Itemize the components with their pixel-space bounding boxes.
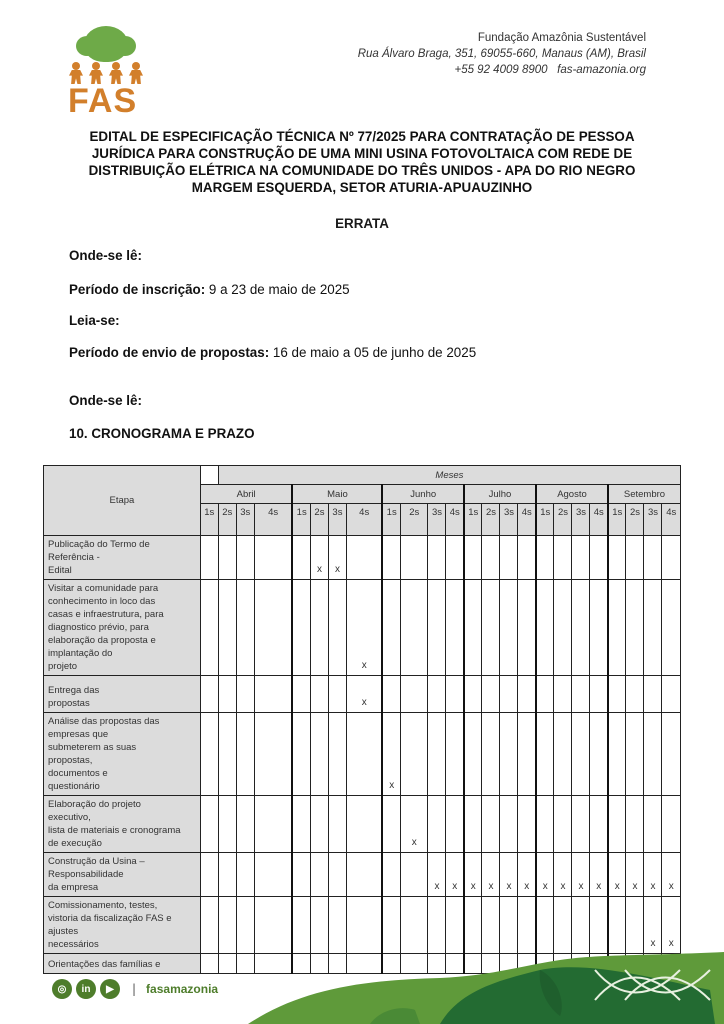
- schedule-cell: x: [500, 853, 518, 897]
- schedule-cell: [500, 536, 518, 580]
- etapa-cell: Entrega daspropostas: [44, 676, 201, 713]
- schedule-cell: [236, 897, 254, 954]
- schedule-cell: [310, 897, 328, 954]
- etapa-cell: Publicação do Termo deReferência -Edital: [44, 536, 201, 580]
- schedule-cell: [400, 536, 428, 580]
- schedule-cell: x: [572, 853, 590, 897]
- schedule-cell: [482, 580, 500, 676]
- schedule-cell: x: [536, 853, 554, 897]
- week-header: 2s: [218, 504, 236, 536]
- week-header: 2s: [400, 504, 428, 536]
- schedule-cell: [572, 580, 590, 676]
- schedule-cell: x: [428, 853, 446, 897]
- schedule-cell: [626, 796, 644, 853]
- schedule-cell: [328, 853, 346, 897]
- week-header: 4s: [254, 504, 292, 536]
- schedule-cell: [218, 796, 236, 853]
- schedule-cell: [218, 853, 236, 897]
- schedule-cell: x: [626, 853, 644, 897]
- schedule-cell: [482, 536, 500, 580]
- schedule-cell: [464, 897, 482, 954]
- schedule-cell: [626, 713, 644, 796]
- schedule-cell: [608, 796, 626, 853]
- week-header: 2s: [310, 504, 328, 536]
- week-header: 2s: [626, 504, 644, 536]
- week-header: 4s: [590, 504, 608, 536]
- table-row: Análise das propostas dasempresas quesub…: [44, 713, 681, 796]
- schedule-cell: [554, 536, 572, 580]
- schedule-cell: [554, 897, 572, 954]
- periodo-envio-propostas: Período de envio de propostas: 16 de mai…: [69, 345, 476, 360]
- schedule-cell: [200, 853, 218, 897]
- schedule-cell: [292, 713, 310, 796]
- schedule-cell: [608, 897, 626, 954]
- schedule-cell: [310, 676, 328, 713]
- schedule-cell: [554, 796, 572, 853]
- schedule-cell: [400, 713, 428, 796]
- schedule-cell: [590, 796, 608, 853]
- schedule-cell: [500, 676, 518, 713]
- schedule-cell: [644, 713, 662, 796]
- schedule-cell: [254, 853, 292, 897]
- week-header: 1s: [608, 504, 626, 536]
- week-header: 4s: [662, 504, 681, 536]
- week-header: 3s: [572, 504, 590, 536]
- section-heading-cronograma: 10. CRONOGRAMA E PRAZO: [69, 426, 255, 441]
- schedule-cell: [428, 580, 446, 676]
- schedule-cell: x: [590, 853, 608, 897]
- schedule-cell: [346, 796, 382, 853]
- org-address: Rua Álvaro Braga, 351, 69055-660, Manaus…: [358, 46, 646, 62]
- schedule-cell: [626, 897, 644, 954]
- schedule-cell: [254, 676, 292, 713]
- schedule-cell: [446, 796, 464, 853]
- instagram-icon[interactable]: ◎: [52, 979, 72, 999]
- table-row: Publicação do Termo deReferência -Edital…: [44, 536, 681, 580]
- schedule-cell: [644, 796, 662, 853]
- etapa-cell: Orientações das famílias e: [44, 954, 201, 974]
- schedule-cell: [536, 897, 554, 954]
- schedule-cell: [428, 713, 446, 796]
- schedule-cell: [218, 713, 236, 796]
- schedule-cell: [590, 580, 608, 676]
- table-row: Construção da Usina –Responsabilidadeda …: [44, 853, 681, 897]
- schedule-cell: [400, 853, 428, 897]
- schedule-cell: [200, 580, 218, 676]
- schedule-cell: [254, 713, 292, 796]
- schedule-cell: [626, 536, 644, 580]
- schedule-cell: [482, 713, 500, 796]
- schedule-cell: [328, 796, 346, 853]
- schedule-cell: [662, 796, 681, 853]
- week-header: 1s: [464, 504, 482, 536]
- schedule-cell: [200, 713, 218, 796]
- schedule-cell: [554, 713, 572, 796]
- document-title: EDITAL DE ESPECIFICAÇÃO TÉCNICA Nº 77/20…: [60, 128, 664, 196]
- schedule-cell: [346, 853, 382, 897]
- schedule-cell: x: [662, 853, 681, 897]
- table-row: Comissionamento, testes,vistoria da fisc…: [44, 897, 681, 954]
- schedule-cell: [572, 796, 590, 853]
- leia-se: Leia-se:: [69, 313, 120, 328]
- schedule-cell: x: [644, 897, 662, 954]
- schedule-cell: [446, 897, 464, 954]
- schedule-cell: [236, 796, 254, 853]
- month-header-setembro: Setembro: [608, 485, 681, 504]
- schedule-cell: [428, 897, 446, 954]
- org-name: Fundação Amazônia Sustentável: [358, 30, 646, 46]
- org-contact: +55 92 4009 8900 fas-amazonia.org: [358, 62, 646, 78]
- schedule-cell: [292, 676, 310, 713]
- schedule-cell: [400, 676, 428, 713]
- schedule-cell: [518, 536, 536, 580]
- schedule-cell: [662, 536, 681, 580]
- schedule-cell: [200, 536, 218, 580]
- schedule-cell: [292, 580, 310, 676]
- etapa-cell: Visitar a comunidade paraconhecimento in…: [44, 580, 201, 676]
- schedule-cell: [328, 580, 346, 676]
- schedule-cell: [236, 580, 254, 676]
- schedule-cell: [254, 796, 292, 853]
- schedule-cell: [218, 954, 236, 974]
- schedule-cell: [518, 580, 536, 676]
- schedule-cell: [518, 796, 536, 853]
- schedule-cell: [536, 796, 554, 853]
- week-header: 4s: [346, 504, 382, 536]
- schedule-cell: [482, 897, 500, 954]
- schedule-cell: [644, 676, 662, 713]
- schedule-cell: [464, 580, 482, 676]
- schedule-cell: [608, 676, 626, 713]
- schedule-cell: [644, 536, 662, 580]
- fas-logo: FAS: [64, 24, 148, 120]
- schedule-cell: [200, 676, 218, 713]
- schedule-cell: [382, 796, 400, 853]
- header-spacer: [200, 466, 218, 485]
- schedule-cell: [536, 536, 554, 580]
- schedule-cell: [328, 713, 346, 796]
- schedule-cell: [500, 897, 518, 954]
- schedule-cell: [236, 713, 254, 796]
- periodo-inscricao: Período de inscrição: 9 a 23 de maio de …: [69, 282, 350, 297]
- schedule-cell: [346, 713, 382, 796]
- table-row: Elaboração do projetoexecutivo,lista de …: [44, 796, 681, 853]
- schedule-cell: [464, 796, 482, 853]
- table-row: Entrega daspropostasx: [44, 676, 681, 713]
- schedule-cell: [590, 713, 608, 796]
- schedule-cell: x: [518, 853, 536, 897]
- schedule-cell: [292, 853, 310, 897]
- schedule-cell: [572, 676, 590, 713]
- schedule-cell: [446, 580, 464, 676]
- schedule-cell: x: [662, 897, 681, 954]
- schedule-cell: [482, 796, 500, 853]
- schedule-cell: x: [310, 536, 328, 580]
- schedule-cell: [218, 676, 236, 713]
- people-icon: [68, 62, 144, 84]
- org-website[interactable]: fas-amazonia.org: [557, 64, 646, 76]
- schedule-cell: [536, 676, 554, 713]
- social-handle[interactable]: fasamazonia: [146, 982, 218, 996]
- schedule-cell: x: [346, 580, 382, 676]
- schedule-cell: [626, 676, 644, 713]
- schedule-cell: [500, 796, 518, 853]
- schedule-cell: [200, 954, 218, 974]
- schedule-cell: [590, 676, 608, 713]
- schedule-cell: [608, 580, 626, 676]
- schedule-cell: [608, 713, 626, 796]
- week-header: 1s: [292, 504, 310, 536]
- schedule-cell: [218, 536, 236, 580]
- schedule-cell: [500, 713, 518, 796]
- schedule-cell: [310, 796, 328, 853]
- schedule-cell: [310, 853, 328, 897]
- schedule-cell: x: [346, 676, 382, 713]
- schedule-cell: [254, 536, 292, 580]
- meses-header: Meses: [218, 466, 680, 485]
- schedule-cell: [310, 580, 328, 676]
- schedule-cell: [310, 713, 328, 796]
- month-header-abril: Abril: [200, 485, 292, 504]
- schedule-cell: [536, 713, 554, 796]
- month-header-agosto: Agosto: [536, 485, 608, 504]
- schedule-cell: [346, 536, 382, 580]
- schedule-cell: [200, 796, 218, 853]
- week-header: 3s: [644, 504, 662, 536]
- schedule-cell: [236, 853, 254, 897]
- etapa-header: Etapa: [44, 466, 201, 536]
- schedule-cell: x: [382, 713, 400, 796]
- schedule-cell: [428, 796, 446, 853]
- schedule-cell: [662, 580, 681, 676]
- social-links: ◎ in ▶ | fasamazonia: [52, 979, 218, 999]
- etapa-cell: Construção da Usina –Responsabilidadeda …: [44, 853, 201, 897]
- schedule-cell: x: [400, 796, 428, 853]
- schedule-cell: [608, 536, 626, 580]
- schedule-cell: [218, 580, 236, 676]
- week-header: 3s: [328, 504, 346, 536]
- schedule-cell: [464, 676, 482, 713]
- week-header: 2s: [482, 504, 500, 536]
- schedule-cell: [446, 536, 464, 580]
- schedule-cell: [428, 536, 446, 580]
- onde-se-le-1: Onde-se lê:: [69, 248, 142, 263]
- schedule-cell: [382, 853, 400, 897]
- month-header-junho: Junho: [382, 485, 464, 504]
- table-row: Visitar a comunidade paraconhecimento in…: [44, 580, 681, 676]
- schedule-cell: [236, 676, 254, 713]
- schedule-cell: [292, 796, 310, 853]
- schedule-cell: [236, 536, 254, 580]
- week-header: 1s: [382, 504, 400, 536]
- month-header-julho: Julho: [464, 485, 536, 504]
- schedule-cell: [254, 897, 292, 954]
- tree-icon: [84, 26, 128, 62]
- week-header: 3s: [428, 504, 446, 536]
- schedule-cell: [554, 580, 572, 676]
- org-info: Fundação Amazônia Sustentável Rua Álvaro…: [358, 30, 646, 78]
- etapa-cell: Elaboração do projetoexecutivo,lista de …: [44, 796, 201, 853]
- schedule-cell: [400, 897, 428, 954]
- week-header: 4s: [446, 504, 464, 536]
- schedule-cell: [644, 580, 662, 676]
- schedule-cell: x: [464, 853, 482, 897]
- schedule-cell: [662, 713, 681, 796]
- schedule-cell: [382, 897, 400, 954]
- week-header: 1s: [200, 504, 218, 536]
- schedule-cell: [518, 897, 536, 954]
- schedule-cell: [572, 713, 590, 796]
- schedule-cell: x: [554, 853, 572, 897]
- schedule-cell: [572, 536, 590, 580]
- schedule-cell: [590, 536, 608, 580]
- schedule-cell: [382, 676, 400, 713]
- schedule-cell: [464, 713, 482, 796]
- schedule-cell: [482, 676, 500, 713]
- schedule-cell: x: [608, 853, 626, 897]
- schedule-cell: [518, 713, 536, 796]
- schedule-cell: x: [482, 853, 500, 897]
- schedule-cell: [218, 897, 236, 954]
- week-header: 4s: [518, 504, 536, 536]
- linkedin-icon[interactable]: in: [76, 979, 96, 999]
- schedule-cell: [464, 536, 482, 580]
- logo-text: FAS: [68, 82, 137, 121]
- schedule-cell: [382, 536, 400, 580]
- schedule-cell: [662, 676, 681, 713]
- schedule-cell: [328, 897, 346, 954]
- org-phone: +55 92 4009 8900: [454, 64, 547, 76]
- schedule-cell: x: [446, 853, 464, 897]
- errata-heading: ERRATA: [0, 216, 724, 231]
- separator: |: [132, 982, 136, 996]
- decorative-hills: [240, 950, 724, 1024]
- week-header: 2s: [554, 504, 572, 536]
- schedule-cell: [626, 580, 644, 676]
- schedule-cell: [346, 897, 382, 954]
- schedule-cell: [328, 676, 346, 713]
- schedule-cell: [200, 897, 218, 954]
- schedule-cell: [500, 580, 518, 676]
- week-header: 1s: [536, 504, 554, 536]
- schedule-cell: [446, 713, 464, 796]
- schedule-cell: [382, 580, 400, 676]
- schedule-cell: x: [328, 536, 346, 580]
- month-header-maio: Maio: [292, 485, 382, 504]
- schedule-cell: [292, 536, 310, 580]
- schedule-cell: [554, 676, 572, 713]
- schedule-cell: [292, 897, 310, 954]
- schedule-cell: [446, 676, 464, 713]
- week-header: 3s: [236, 504, 254, 536]
- schedule-cell: [590, 897, 608, 954]
- youtube-icon[interactable]: ▶: [100, 979, 120, 999]
- etapa-cell: Comissionamento, testes,vistoria da fisc…: [44, 897, 201, 954]
- etapa-cell: Análise das propostas dasempresas quesub…: [44, 713, 201, 796]
- schedule-table: EtapaMesesAbrilMaioJunhoJulhoAgostoSetem…: [43, 465, 681, 974]
- schedule-cell: [518, 676, 536, 713]
- schedule-cell: [254, 580, 292, 676]
- onde-se-le-2: Onde-se lê:: [69, 393, 142, 408]
- schedule-cell: [428, 676, 446, 713]
- schedule-cell: x: [644, 853, 662, 897]
- schedule-cell: [536, 580, 554, 676]
- schedule-cell: [400, 580, 428, 676]
- week-header: 3s: [500, 504, 518, 536]
- schedule-cell: [572, 897, 590, 954]
